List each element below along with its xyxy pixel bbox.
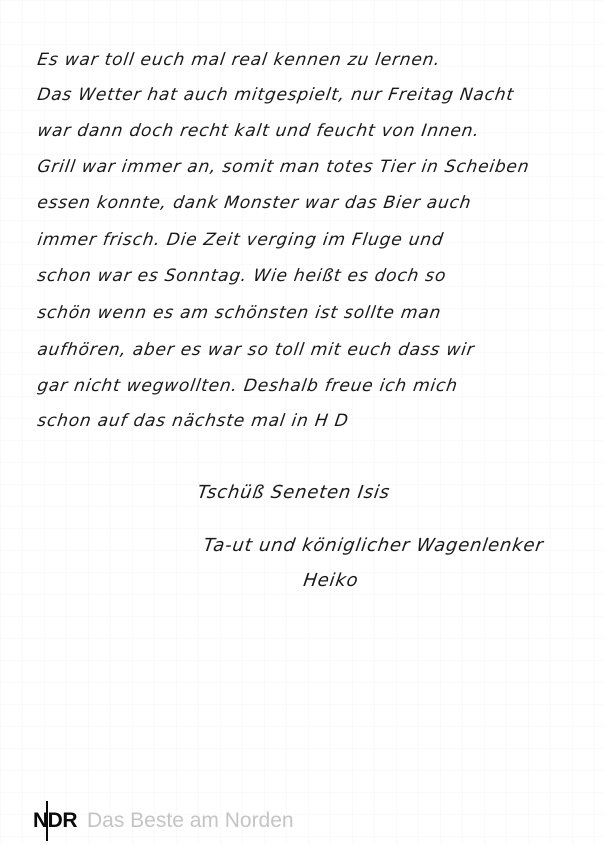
scanned-letter-page: Es war toll euch mal real kennen zu lern… [0,0,605,845]
footer-slogan: Das Beste am Norden [87,810,294,831]
footer-branding: NDR Das Beste am Norden [33,800,294,840]
letter-line-5: essen konnte, dank Monster war das Bier … [36,193,473,213]
ndr-logo: NDR [33,810,77,831]
signature-name: Heiko [302,570,360,591]
letter-line-10: gar nicht wegwollten. Deshalb freue ich … [36,376,459,396]
letter-line-6: immer frisch. Die Zeit verging im Fluge … [36,230,445,250]
letter-line-9: aufhören, aber es war so toll mit euch d… [36,340,476,360]
letter-line-4: Grill war immer an, somit man totes Tier… [36,157,531,177]
letter-line-8: schön wenn es am schönsten ist sollte ma… [36,303,443,323]
ndr-logo-text: NDR [33,809,77,832]
letter-line-2: Das Wetter hat auch mitgespielt, nur Fre… [36,85,515,105]
letter-line-3: war dann doch recht kalt und feucht von … [36,121,481,141]
ndr-logo-bar-icon [46,801,48,841]
letter-line-11: schon auf das nächste mal in H D [36,411,350,431]
letter-line-7: schon war es Sonntag. Wie heißt es doch … [36,266,448,286]
letter-line-1: Es war toll euch mal real kennen zu lern… [36,50,442,70]
closing-title: Ta-ut und königlicher Wagenlenker [202,535,545,556]
closing-greeting: Tschüß Seneten Isis [196,482,391,503]
